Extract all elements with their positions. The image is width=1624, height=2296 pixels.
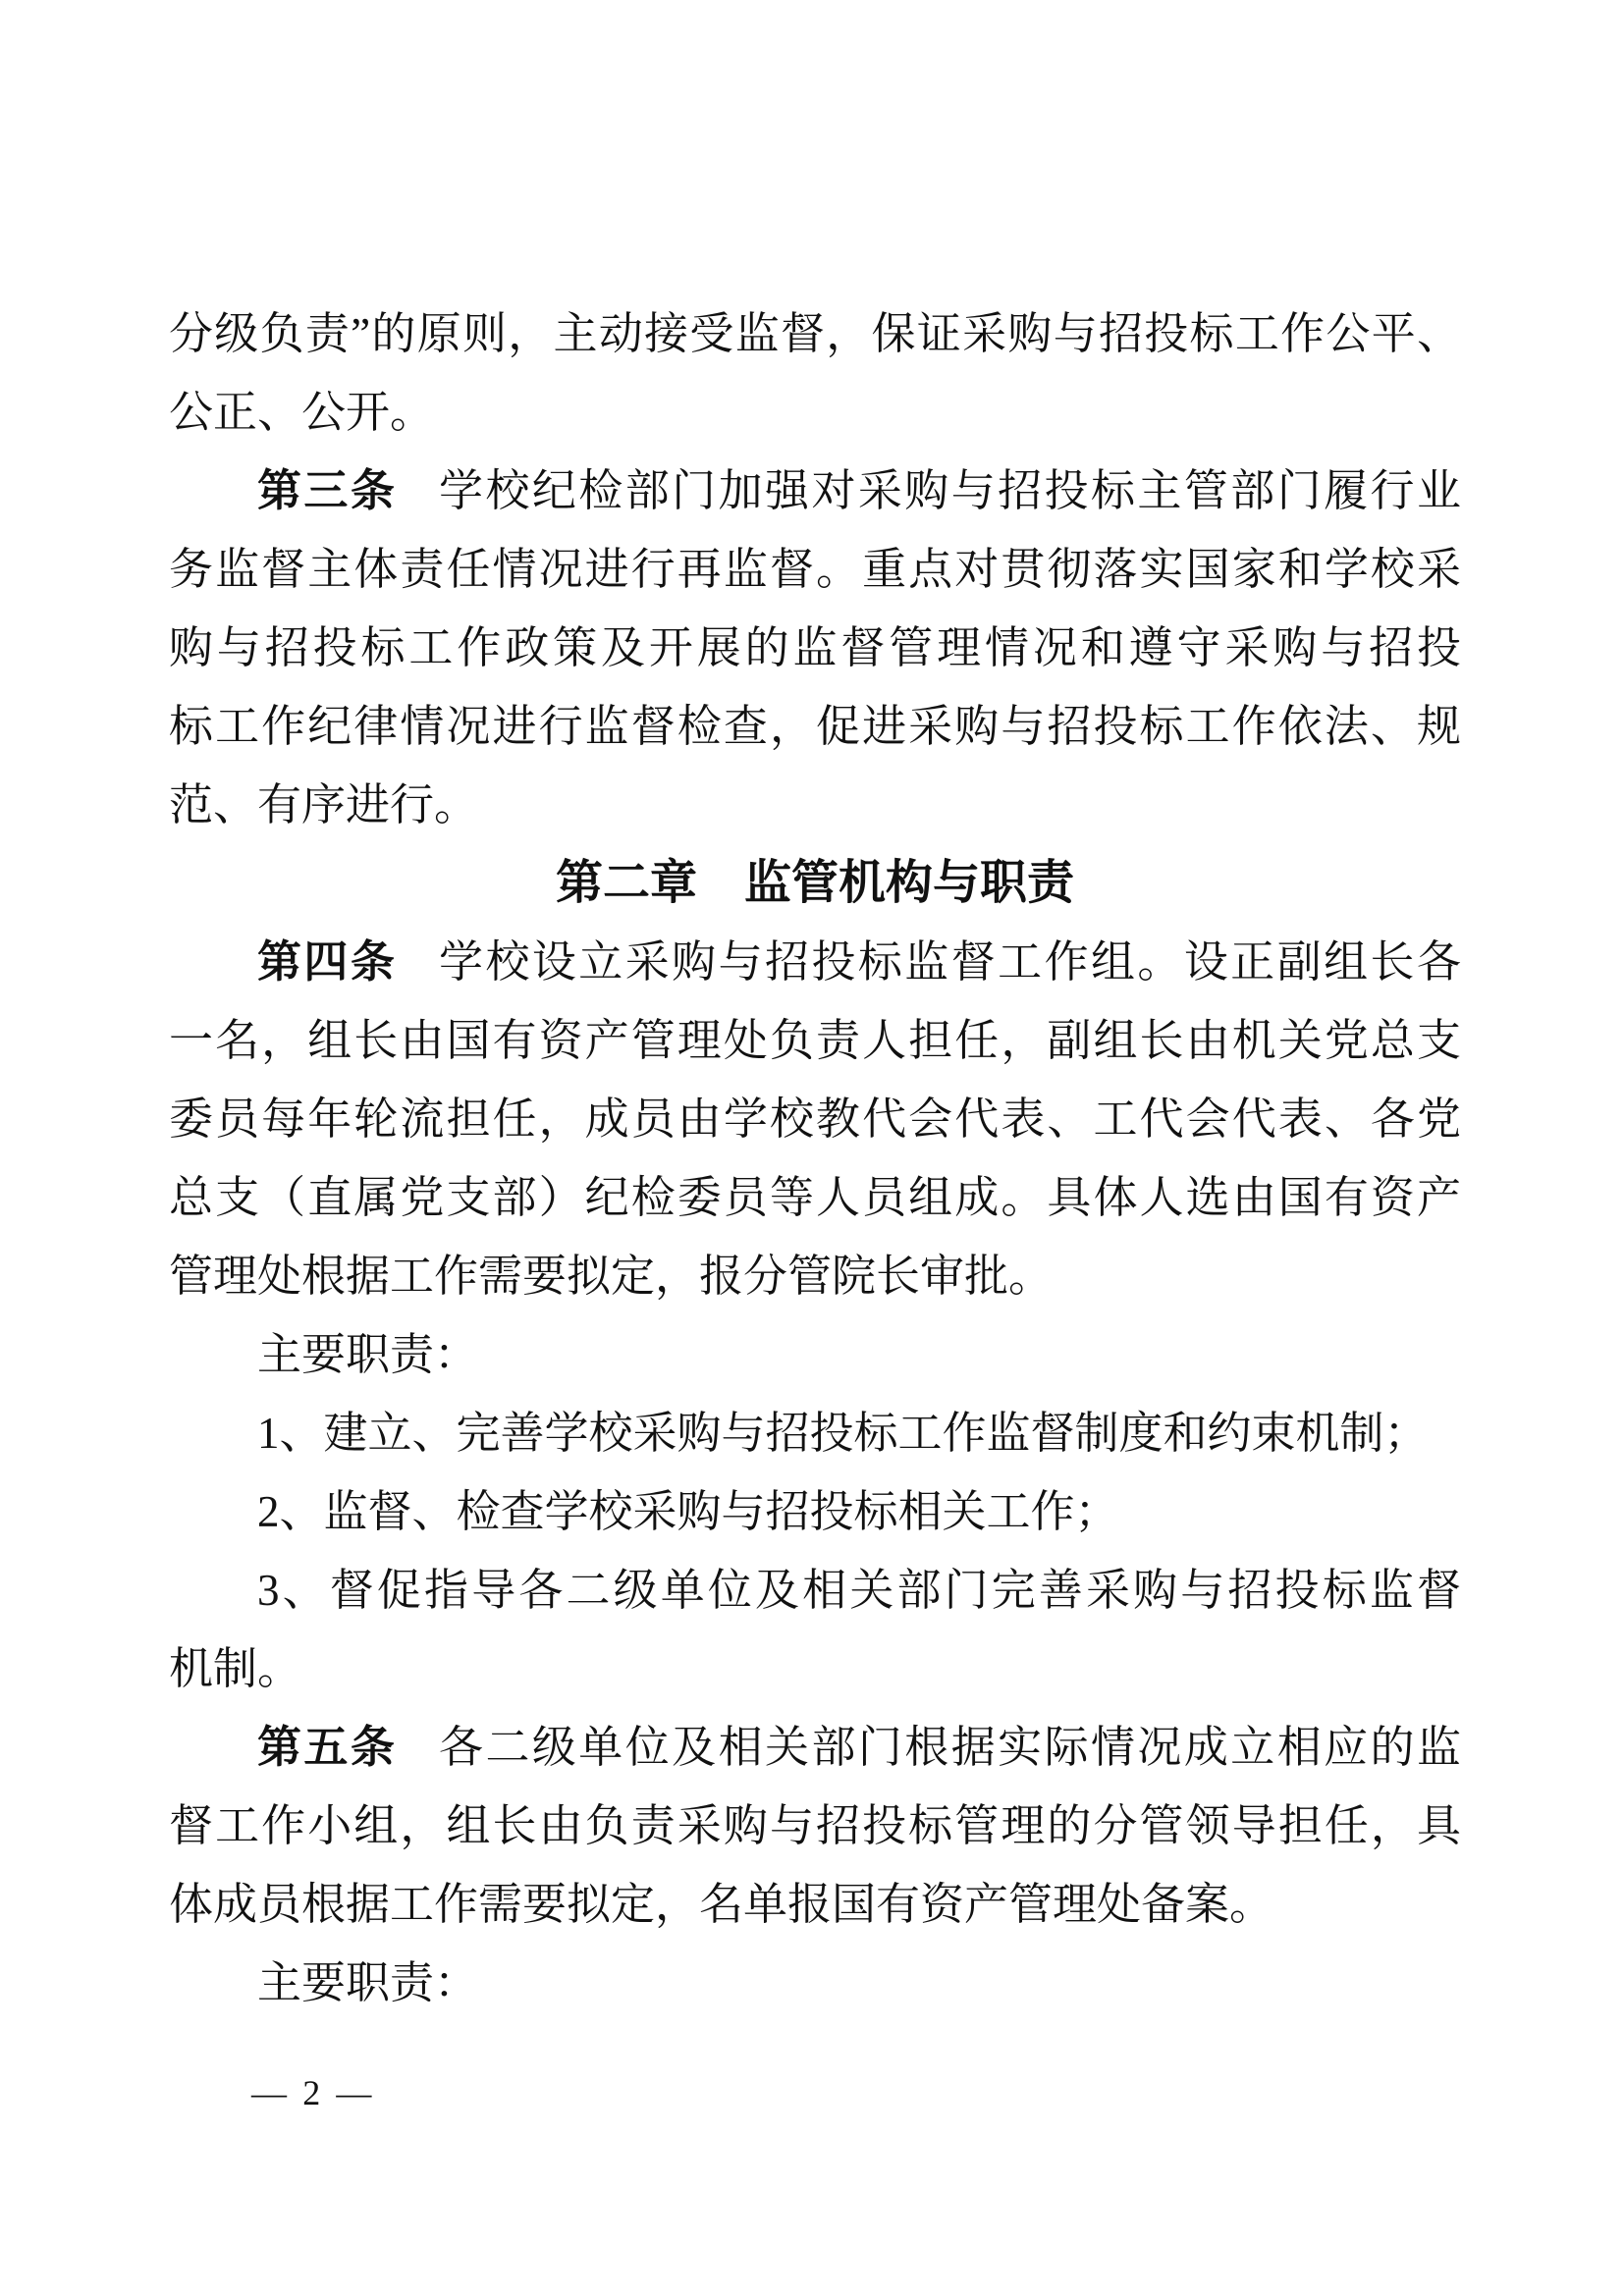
text-line: 第四条学校设立采购与招投标监督工作组。设正副组长各 [169,923,1461,1001]
text-line: 2、监督、检查学校采购与招投标相关工作； [169,1472,1461,1551]
text-line: 一名，组长由国有资产管理处负责人担任，副组长由机关党总支 [169,1001,1461,1080]
text-line: 公正、公开。 [169,373,1461,452]
text-line: 购与招投标工作政策及开展的监督管理情况和遵守采购与招投 [169,609,1461,687]
text-line: 委员每年轮流担任，成员由学校教代会代表、工代会代表、各党 [169,1080,1461,1158]
text-line: 标工作纪律情况进行监督检查，促进采购与招投标工作依法、规 [169,687,1461,766]
text-line: 务监督主体责任情况进行再监督。重点对贯彻落实国家和学校采 [169,530,1461,609]
text-line: 主要职责： [169,1315,1461,1394]
text-line: 第三条学校纪检部门加强对采购与招投标主管部门履行业 [169,452,1461,530]
text-line: 分级负责”的原则，主动接受监督，保证采购与招投标工作公平、 [169,294,1461,373]
document-body: 分级负责”的原则，主动接受监督，保证采购与招投标工作公平、公正、公开。第三条学校… [169,294,1461,2022]
text-line: 3、督促指导各二级单位及相关部门完善采购与招投标监督 [169,1551,1461,1629]
article-number: 第五条 [257,1723,397,1772]
article-number: 第四条 [257,937,397,987]
text-line: 督工作小组，组长由负责采购与招投标管理的分管领导担任，具 [169,1787,1461,1865]
text-line: 体成员根据工作需要拟定，名单报国有资产管理处备案。 [169,1865,1461,1944]
text-line: 总支（直属党支部）纪检委员等人员组成。具体人选由国有资产 [169,1158,1461,1237]
page-number: — 2 — [251,2073,371,2112]
text-line: 第五条各二级单位及相关部门根据实际情况成立相应的监 [169,1708,1461,1787]
chapter-heading: 第二章 监管机构与职责 [169,844,1461,923]
text-line: 管理处根据工作需要拟定，报分管院长审批。 [169,1237,1461,1315]
page: { "document": { "footer": { "page_number… [0,0,1624,2296]
text-line: 1、建立、完善学校采购与招投标工作监督制度和约束机制； [169,1394,1461,1472]
article-number: 第三条 [257,466,397,515]
text-line: 机制。 [169,1629,1461,1708]
text-line: 主要职责： [169,1944,1461,2022]
text-line: 范、有序进行。 [169,766,1461,844]
